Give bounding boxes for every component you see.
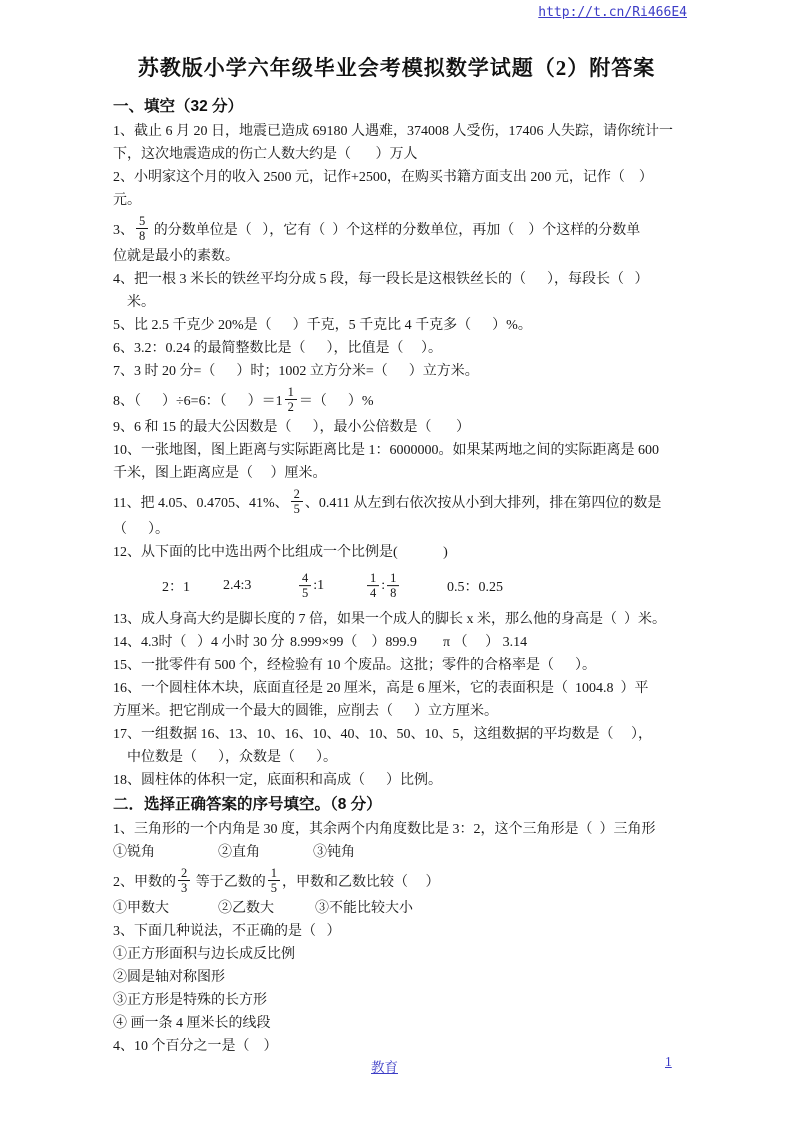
q16-line1: 16、一个圆柱体木块，底面直径是 20 厘米，高是 6 厘米，它的表面积是（ 1… xyxy=(113,677,688,700)
q11-text-pre: 11、把 4.05、0.4705、41%、 xyxy=(113,492,289,512)
fraction-numerator: 2 xyxy=(178,866,190,881)
s2q3-option-3: ③正方形是特殊的长方形 xyxy=(113,989,688,1012)
fraction-numerator: 1 xyxy=(268,866,280,881)
q9-line: 9、6 和 15 的最大公因数是（ ），最小公倍数是（ ） xyxy=(113,416,688,439)
fraction-denominator: 5 xyxy=(299,587,311,601)
document-body: 一、填空（32 分） 1、截止 6 月 20 日，地震已造成 69180 人遇难… xyxy=(113,94,688,1058)
q3-line1: 3、58 的分数单位是（ ），它有（ ）个这样的分数单位，再加（ ）个这样的分数… xyxy=(113,212,688,245)
q12-option4-fraction1: 14 xyxy=(367,571,379,601)
s2q3-option-1: ①正方形面积与边长成反比例 xyxy=(113,943,688,966)
q12-option3-suffix: :1 xyxy=(313,578,324,594)
q12-option4-fraction2: 18 xyxy=(387,571,399,601)
q12-ratio-options: 2：1 2.4:3 45:1 14:18 0.5：0.25 xyxy=(113,564,688,608)
s2q2-text-pre: 2、甲数的 xyxy=(113,871,176,891)
s2q1-option-3: ③钝角 xyxy=(313,841,355,861)
s2q2-option-1: ①甲数大 xyxy=(113,897,169,917)
q8-text-post: ＝（ ）% xyxy=(299,390,374,410)
s2q1-option-1: ①锐角 xyxy=(113,841,155,861)
q16-line2: 方厘米。把它削成一个最大的圆锥，应削去（ ）立方厘米。 xyxy=(113,700,688,723)
s2q1-option-2: ②直角 xyxy=(218,841,260,861)
q10-line2: 千米，图上距离应是（ ）厘米。 xyxy=(113,462,688,485)
q18-line: 18、圆柱体的体积一定，底面积和高成（ ）比例。 xyxy=(113,769,688,792)
q14-compare-line: 14、4.3时（ ）4 小时 30 分 8.999×99（ ）899.9 π （… xyxy=(113,631,688,654)
q2-line1: 2、小明家这个月的收入 2500 元，记作+2500，在购买书籍方面支出 200… xyxy=(113,166,688,189)
q5-line: 5、比 2.5 千克少 20%是（ ）千克，5 千克比 4 千克多（ ）%。 xyxy=(113,314,688,337)
q11-text-post: 、0.411 从左到右依次按从小到大排列，排在第四位的数是 xyxy=(305,492,661,512)
s2q2-options: ①甲数大 ②乙数大 ③不能比较大小 xyxy=(113,897,688,920)
header-url-link[interactable]: http://t.cn/Ri466E4 xyxy=(538,5,687,20)
s2q2-text-mid: 等于乙数的 xyxy=(192,871,266,891)
q3-text-pre: 3、 xyxy=(113,219,134,239)
fraction-denominator: 8 xyxy=(387,587,399,601)
fraction-numerator: 5 xyxy=(136,214,148,229)
fraction-numerator: 1 xyxy=(367,571,379,586)
q14-part-1: 14、4.3时（ ）4 小时 30 分 xyxy=(113,631,285,651)
fraction-denominator: 2 xyxy=(285,400,297,414)
q12-option-2: 2.4:3 xyxy=(223,578,251,594)
fraction-numerator: 4 xyxy=(299,571,311,586)
section2-heading: 二．选择正确答案的序号填空。（8 分） xyxy=(113,792,688,818)
q12-option-5: 0.5：0.25 xyxy=(447,576,503,596)
fraction-denominator: 5 xyxy=(291,502,303,516)
s2q1-options: ①锐角 ②直角 ③钝角 xyxy=(113,841,688,864)
s2q2-fraction2: 15 xyxy=(268,866,280,896)
q12-option-1: 2：1 xyxy=(162,576,190,596)
q11-line2: （ ）。 xyxy=(113,518,688,541)
fraction-denominator: 5 xyxy=(268,881,280,895)
footer-edu-link[interactable]: 教育 xyxy=(371,1056,398,1076)
fraction-numerator: 2 xyxy=(291,487,303,502)
s2q3-option-2: ②圆是轴对称图形 xyxy=(113,966,688,989)
q2-line2: 元。 xyxy=(113,189,688,212)
q6-line: 6、3.2：0.24 的最简整数比是（ ），比值是（ ）。 xyxy=(113,337,688,360)
q8-text-pre: 8、（ ）÷6=6：（ ）＝1 xyxy=(113,390,283,410)
q1-line2: 下，这次地震造成的伤亡人数大约是（ ）万人 xyxy=(113,143,688,166)
q8-fraction: 12 xyxy=(285,385,297,415)
q14-part-2: 8.999×99（ ）899.9 xyxy=(290,631,417,651)
fraction-denominator: 4 xyxy=(367,587,379,601)
s2q3-option-4: ④ 画一条 4 厘米长的线段 xyxy=(113,1012,688,1035)
q12-option3-fraction: 45 xyxy=(299,571,311,601)
q12-line1: 12、从下面的比中选出两个比组成一个比例是( ) xyxy=(113,541,688,564)
document-page: http://t.cn/Ri466E4 苏教版小学六年级毕业会考模拟数学试题（2… xyxy=(0,0,793,1122)
q12-option-4: 14:18 xyxy=(365,571,401,601)
page-title: 苏教版小学六年级毕业会考模拟数学试题（2）附答案 xyxy=(0,52,793,82)
s2q2-option-3: ③不能比较大小 xyxy=(315,897,413,917)
s2q2-fraction1: 23 xyxy=(178,866,190,896)
q17-line2: 中位数是（ ），众数是（ ）。 xyxy=(113,746,688,769)
q3-fraction: 58 xyxy=(136,214,148,244)
s2q4-line: 4、10 个百分之一是（ ） xyxy=(113,1035,688,1058)
q3-line2: 位就是最小的素数。 xyxy=(113,245,688,268)
q10-line1: 10、一张地图，图上距离与实际距离比是 1：6000000。如果某两地之间的实际… xyxy=(113,439,688,462)
q15-line: 15、一批零件有 500 个，经检验有 10 个废品。这批；零件的合格率是（ ）… xyxy=(113,654,688,677)
s2q2-option-2: ②乙数大 xyxy=(218,897,274,917)
q8-line: 8、（ ）÷6=6：（ ）＝112＝（ ）% xyxy=(113,383,688,416)
page-number-link[interactable]: 1 xyxy=(665,1054,672,1070)
section1-heading: 一、填空（32 分） xyxy=(113,94,688,120)
fraction-numerator: 1 xyxy=(387,571,399,586)
q12-option4-colon: : xyxy=(381,578,385,594)
q11-line1: 11、把 4.05、0.4705、41%、25、0.411 从左到右依次按从小到… xyxy=(113,485,688,518)
fraction-denominator: 3 xyxy=(178,881,190,895)
q12-option-3: 45:1 xyxy=(297,571,324,601)
q11-fraction: 25 xyxy=(291,487,303,517)
s2q2-line: 2、甲数的23 等于乙数的15，甲数和乙数比较（ ） xyxy=(113,864,688,897)
s2q2-text-post: ，甲数和乙数比较（ ） xyxy=(282,871,440,891)
q14-part-3: π （ ） 3.14 xyxy=(443,631,527,651)
q13-line: 13、成人身高大约是脚长度的 7 倍，如果一个成人的脚长 x 米，那么他的身高是… xyxy=(113,608,688,631)
q4-line1: 4、把一根 3 米长的铁丝平均分成 5 段，每一段长是这根铁丝长的（ ），每段长… xyxy=(113,268,688,291)
q17-line1: 17、一组数据 16、13、10、16、10、40、10、50、10、5，这组数… xyxy=(113,723,688,746)
q1-line1: 1、截止 6 月 20 日，地震已造成 69180 人遇难，374008 人受伤… xyxy=(113,120,688,143)
s2q1-line: 1、三角形的一个内角是 30 度，其余两个内角度数比是 3：2，这个三角形是（ … xyxy=(113,818,688,841)
fraction-denominator: 8 xyxy=(136,229,148,243)
fraction-numerator: 1 xyxy=(285,385,297,400)
q7-line: 7、3 时 20 分=（ ）时；1002 立方分米=（ ）立方米。 xyxy=(113,360,688,383)
s2q3-line: 3、下面几种说法，不正确的是（ ） xyxy=(113,920,688,943)
q3-text-post: 的分数单位是（ ），它有（ ）个这样的分数单位，再加（ ）个这样的分数单 xyxy=(150,219,640,239)
q4-line2: 米。 xyxy=(113,291,688,314)
